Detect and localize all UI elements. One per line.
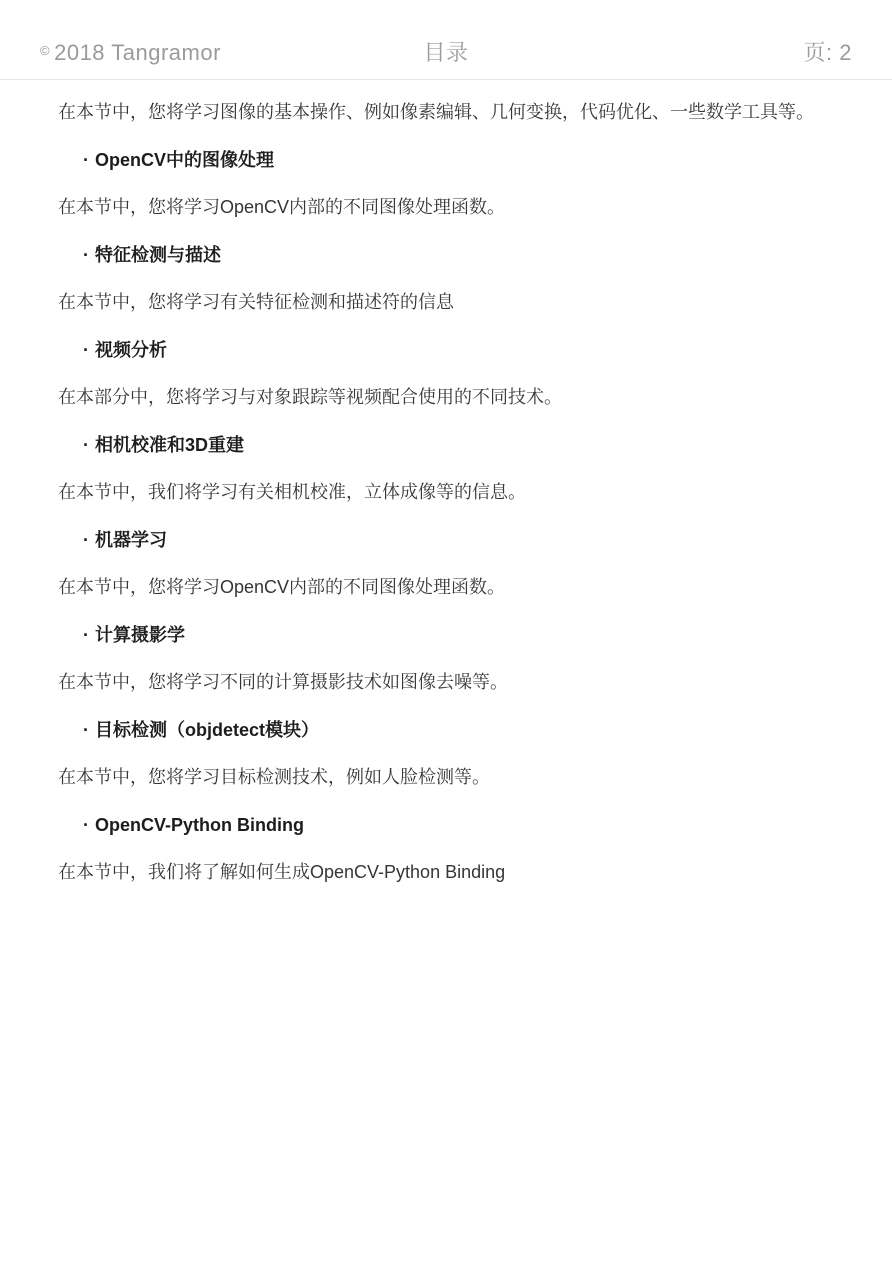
- bullet-icon: ·: [83, 721, 95, 740]
- document-page: { "header": { "copyright_symbol": "©", "…: [0, 0, 892, 1261]
- section-heading: ·视频分析: [83, 341, 852, 360]
- section-heading-label: 机器学习: [95, 530, 167, 550]
- table-of-contents: 在本节中，您将学习图像的基本操作、例如像素编辑、几何变换，代码优化、一些数学工具…: [58, 103, 852, 911]
- section-description: 在本节中，您将学习目标检测技术，例如人脸检测等。: [58, 768, 852, 787]
- section-heading-label: OpenCV-Python Binding: [95, 815, 304, 835]
- section-heading-label: 目标检测（objdetect模块）: [95, 720, 319, 740]
- section-heading-label: 视频分析: [95, 340, 167, 360]
- section-heading: ·特征检测与描述: [83, 246, 852, 265]
- section-heading-label: 相机校准和3D重建: [95, 435, 244, 455]
- page-header: ©2018 Tangramor 目录 页: 2: [40, 40, 852, 68]
- copyright-icon: ©: [40, 43, 50, 58]
- section-description: 在本部分中，您将学习与对象跟踪等视频配合使用的不同技术。: [58, 388, 852, 407]
- bullet-icon: ·: [83, 436, 95, 455]
- bullet-icon: ·: [83, 626, 95, 645]
- section-heading: ·目标检测（objdetect模块）: [83, 721, 852, 740]
- bullet-icon: ·: [83, 531, 95, 550]
- page-title: 目录: [423, 40, 468, 66]
- bullet-icon: ·: [83, 816, 95, 835]
- section-description: 在本节中，您将学习OpenCV内部的不同图像处理函数。: [58, 198, 852, 217]
- bullet-icon: ·: [83, 341, 95, 360]
- section-heading: ·相机校准和3D重建: [83, 436, 852, 455]
- header-divider: [0, 79, 892, 80]
- section-description: 在本节中，您将学习有关特征检测和描述符的信息: [58, 293, 852, 312]
- section-description: 在本节中，您将学习不同的计算摄影技术如图像去噪等。: [58, 673, 852, 692]
- section-heading-label: 特征检测与描述: [95, 245, 221, 265]
- section-heading: ·OpenCV-Python Binding: [83, 816, 852, 835]
- section-description: 在本节中，我们将学习有关相机校准，立体成像等的信息。: [58, 483, 852, 502]
- bullet-icon: ·: [83, 246, 95, 265]
- section-heading-label: OpenCV中的图像处理: [95, 150, 274, 170]
- copyright-notice: ©2018 Tangramor: [40, 40, 221, 69]
- intro-paragraph: 在本节中，您将学习图像的基本操作、例如像素编辑、几何变换，代码优化、一些数学工具…: [58, 103, 852, 122]
- section-description: 在本节中，您将学习OpenCV内部的不同图像处理函数。: [58, 578, 852, 597]
- bullet-icon: ·: [83, 151, 95, 170]
- section-heading: ·计算摄影学: [83, 626, 852, 645]
- section-heading: ·机器学习: [83, 531, 852, 550]
- section-heading-label: 计算摄影学: [95, 625, 185, 645]
- page-number: 页: 2: [804, 40, 852, 66]
- section-heading: ·OpenCV中的图像处理: [83, 151, 852, 170]
- copyright-text: 2018 Tangramor: [54, 40, 221, 65]
- section-description: 在本节中，我们将了解如何生成OpenCV-Python Binding: [58, 863, 852, 882]
